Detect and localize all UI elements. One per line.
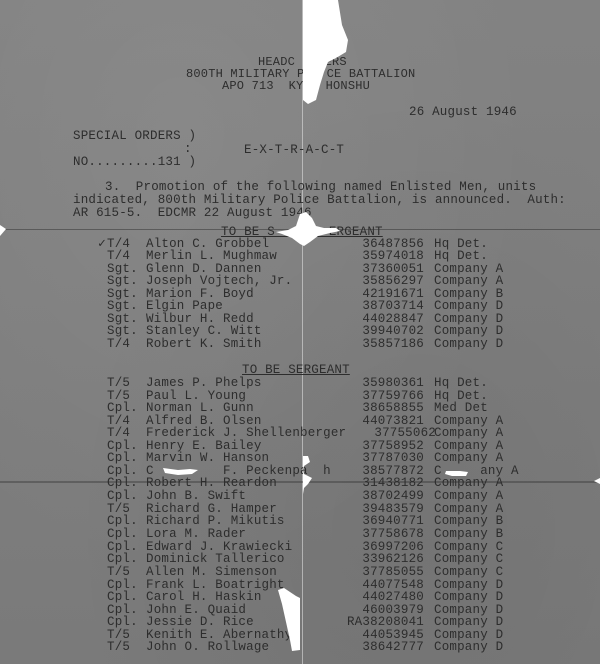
paper-tears [0,0,600,664]
scanned-document: HEADC ERS 800TH MILITARY P CE BATTALION … [0,0,600,664]
